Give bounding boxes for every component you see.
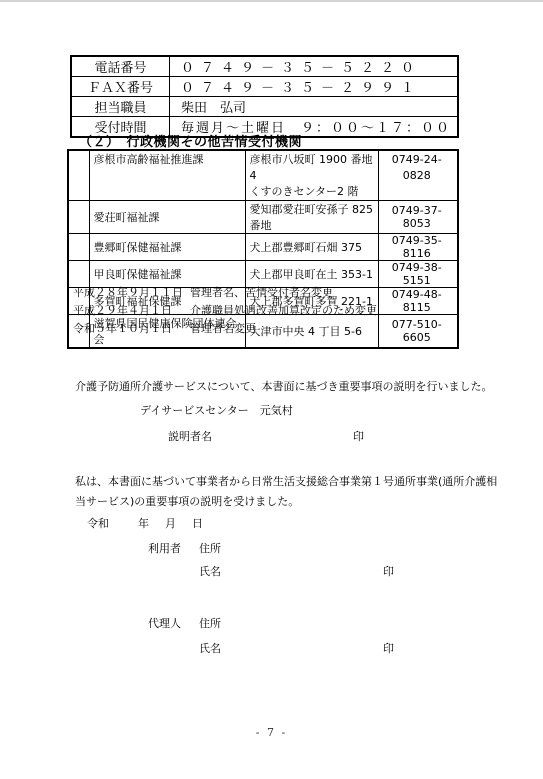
fax-value-cell: ０７４９－３５－２９９１ [170, 77, 459, 97]
seal-label: 印 [353, 430, 364, 444]
year-label: 年 [138, 517, 149, 531]
table-row: 電話番号 ０７４９－３５－５２２０ [71, 56, 458, 77]
agency-name-cell: 愛荘町福祉課 [89, 201, 245, 234]
revision-date: 平成２８年９月１１日 [73, 286, 183, 300]
address-label: 住所 [199, 542, 221, 556]
table-row: ＦＡＸ番号 ０７４９－３５－２９９１ [71, 77, 458, 97]
party-label: 利用者 [148, 542, 181, 556]
acknowledgement-statement-line2: 当サービス)の重要事項の説明を受けました。 [75, 495, 299, 509]
phone-label-cell: 電話番号 [71, 56, 170, 77]
agency-name-cell: 豊郷町保健福祉課 [89, 234, 245, 261]
row-marker-cell [68, 234, 89, 261]
table-row: 彦根市高齢福祉推進課 彦根市八坂町 1900 番地 4 くすのきセンター2 階 … [68, 150, 458, 201]
acknowledgement-statement-line1: 私は、本書面に基づいて事業者から日常生活支援総合事業第１号通所事業(通所介護相 [75, 475, 497, 489]
row-marker-cell [68, 261, 89, 288]
phone-value-cell: ０７４９－３５－５２２０ [170, 56, 459, 77]
agencies-table: 彦根市高齢福祉推進課 彦根市八坂町 1900 番地 4 くすのきセンター2 階 … [67, 149, 459, 349]
table-row: 甲良町保健福祉課 犬上郡甲良町在土 353-1 0749-38-5151 [68, 261, 458, 288]
name-label: 氏名 [199, 642, 221, 656]
explanation-statement: 介護予防通所介護サービスについて、本書面に基づき重要事項の説明を行いました。 [75, 380, 493, 394]
user-name-line: 氏名 印 [199, 565, 459, 621]
staff-value-cell: 柴田 弘司 [170, 97, 459, 117]
row-marker-cell [68, 201, 89, 234]
table-row: 愛荘町福祉課 愛知郡愛荘町安孫子 825 番地 0749-37-8053 [68, 201, 458, 234]
agency-phone-cell: 0749-37-8053 [378, 201, 458, 234]
agency-phone-cell: 077-510-6605 [378, 315, 458, 349]
name-label: 氏名 [199, 565, 221, 579]
page-number: - 7 - [0, 726, 543, 739]
document-page: 電話番号 ０７４９－３５－５２２０ ＦＡＸ番号 ０７４９－３５－２９９１ 担当職… [0, 0, 543, 779]
agency-phone-cell: 0749-24-0828 [378, 150, 458, 201]
explainer-label: 説明者名 [168, 430, 212, 444]
era-label: 令和 [87, 517, 109, 531]
row-marker-cell [68, 150, 89, 201]
agency-phone-cell: 0749-35-8116 [378, 234, 458, 261]
day-label: 日 [192, 517, 203, 531]
table-row: 豊郷町保健福祉課 犬上郡豊郷町石畑 375 0749-35-8116 [68, 234, 458, 261]
address-line: 彦根市八坂町 1900 番地 4 [250, 152, 376, 184]
revision-date: 平成２９年４月１日 [73, 304, 172, 318]
agency-name-cell: 彦根市高齢福祉推進課 [89, 150, 245, 201]
revision-date: 令和５年１０月１日 [73, 322, 172, 336]
staff-label-cell: 担当職員 [71, 97, 170, 117]
table-row: 担当職員 柴田 弘司 [71, 97, 458, 117]
seal-label: 印 [383, 642, 394, 656]
agency-phone-cell: 0749-38-5151 [378, 261, 458, 288]
revision-description: 管理者名、苦情受付者名変更 [190, 286, 333, 300]
agent-name-line: 氏名 印 [199, 642, 459, 698]
address-line: くすのきセンター2 階 [250, 184, 376, 200]
address-label: 住所 [199, 617, 221, 631]
seal-label: 印 [383, 565, 394, 579]
party-label: 代理人 [148, 617, 181, 631]
agency-address-cell: 彦根市八坂町 1900 番地 4 くすのきセンター2 階 [245, 150, 378, 201]
facility-name: デイサービスセンター 元気村 [140, 404, 293, 418]
revision-description: 介護職員処遇改善加算改定のため変更 [190, 304, 377, 318]
agency-address-cell: 愛知郡愛荘町安孫子 825 番地 [245, 201, 378, 234]
month-label: 月 [165, 517, 176, 531]
agency-phone-cell: 0749-48-8115 [378, 288, 458, 315]
agency-name-cell: 甲良町保健福祉課 [89, 261, 245, 288]
fax-label-cell: ＦＡＸ番号 [71, 77, 170, 97]
contact-table: 電話番号 ０７４９－３５－５２２０ ＦＡＸ番号 ０７４９－３５－２９９１ 担当職… [70, 55, 459, 138]
agency-address-cell: 犬上郡甲良町在土 353-1 [245, 261, 378, 288]
agency-address-cell: 大津市中央 4 丁目 5-6 [245, 315, 378, 349]
section-heading: （２） 行政機関その他苦情受付機関 [79, 131, 302, 150]
revision-description: 管理者名変更 [190, 322, 256, 336]
agency-address-cell: 犬上郡豊郷町石畑 375 [245, 234, 378, 261]
